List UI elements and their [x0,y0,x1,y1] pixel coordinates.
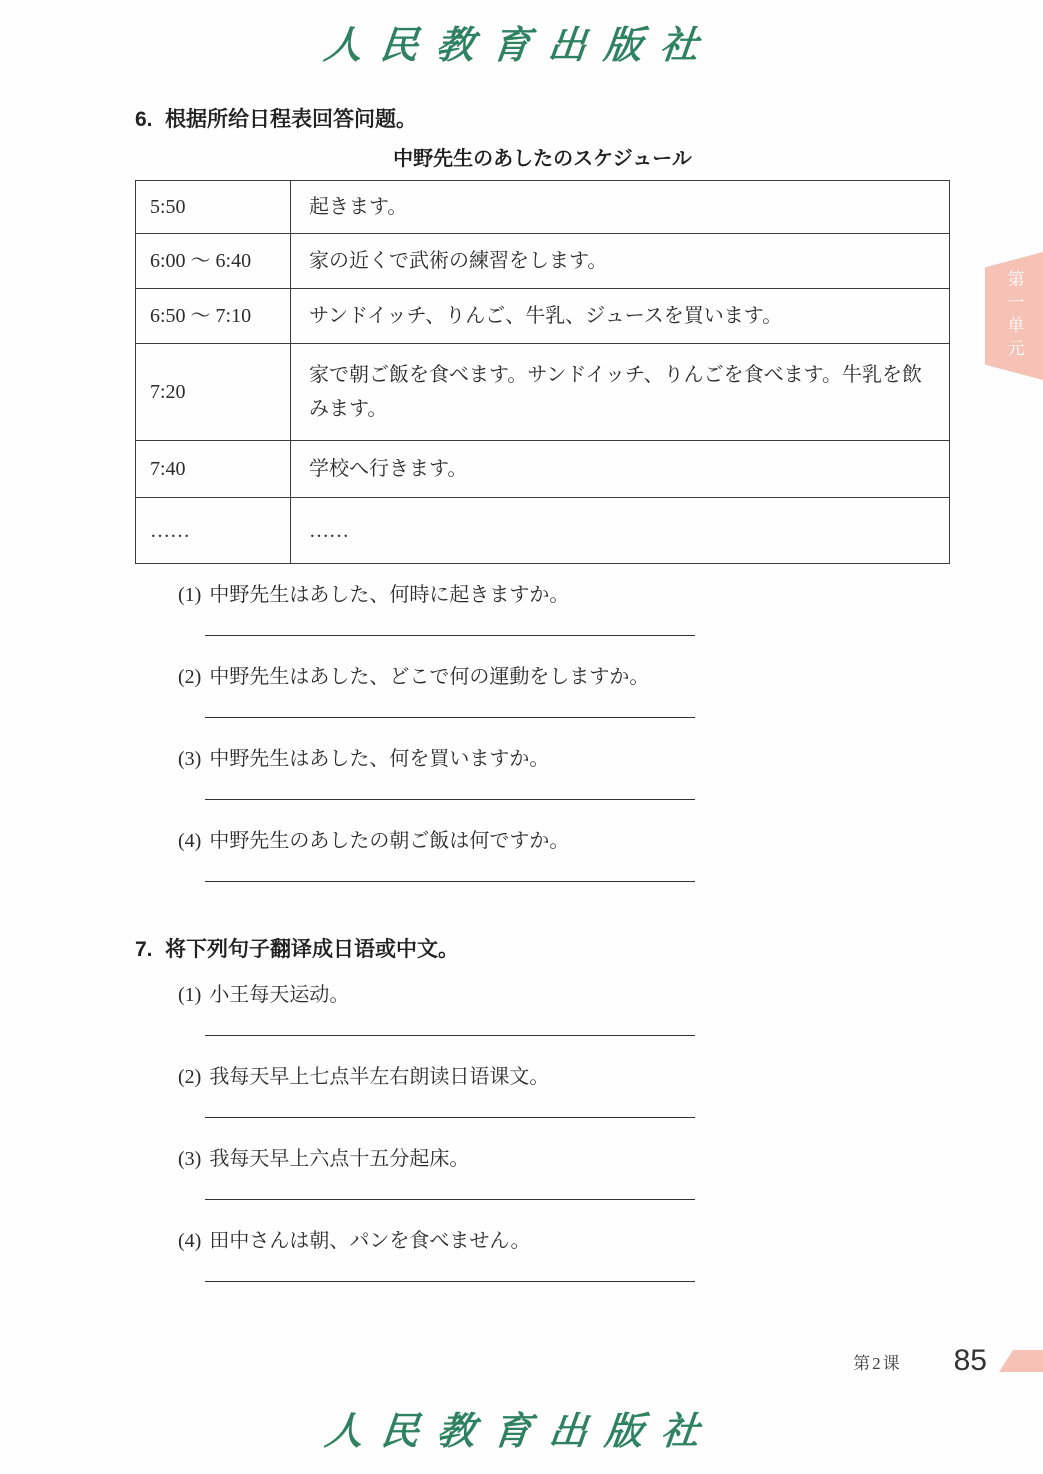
question-label: (2) [178,1066,201,1088]
question-label: (1) [178,584,201,606]
section6-heading: 6. 根据所给日程表回答问题。 [135,106,950,134]
question-label: (3) [178,748,201,770]
question-text: 田中さんは朝、パンを食べません。 [209,1230,530,1252]
answer-blank-line [205,1117,695,1118]
section7-questions: (1)小王每天运动。 (2)我每天早上七点半左右朗读日语课文。 (3)我每天早上… [135,980,950,1282]
question-label: (1) [178,984,201,1006]
question-text: 中野先生のあしたの朝ご飯は何ですか。 [209,830,569,852]
answer-blank-line [205,1199,695,1200]
schedule-table-caption: 中野先生のあしたのスケジュール [135,146,950,172]
schedule-table: 5:50 起きます。 6:00 ～ 6:40 家の近くで武術の練習をします。 6… [135,180,950,564]
question-7-4: (4)田中さんは朝、パンを食べません。 [178,1226,950,1256]
schedule-time-cell: 7:40 [136,441,291,498]
question-label: (2) [178,666,201,688]
schedule-activity-cell: 家の近くで武術の練習をします。 [291,234,950,289]
question-text: 中野先生はあした、どこで何の運動をしますか。 [209,666,649,688]
schedule-time-cell: 6:00 ～ 6:40 [136,234,291,289]
schedule-activity-cell: 家で朝ご飯を食べます。サンドイッチ、りんごを食べます。牛乳を飲みます。 [291,344,950,441]
schedule-time-cell: 7:20 [136,344,291,441]
question-text: 中野先生はあした、何時に起きますか。 [209,584,569,606]
schedule-activity-cell: 起きます。 [291,181,950,234]
schedule-row: 6:50 ～ 7:10 サンドイッチ、りんご、牛乳、ジュースを買います。 [136,289,950,344]
question-6-4: (4)中野先生のあしたの朝ご飯は何ですか。 [178,826,950,856]
schedule-activity-cell: …… [291,498,950,564]
answer-blank-line [205,799,695,800]
page-corner-ribbon-icon [999,1350,1043,1372]
lesson-label: 第2课 [853,1349,902,1374]
question-text: 小王每天运动。 [209,984,349,1006]
page-footer: 第2课 85 [853,1344,1043,1378]
question-label: (4) [178,830,201,852]
answer-blank-line [205,881,695,882]
question-7-3: (3)我每天早上六点十五分起床。 [178,1144,950,1174]
schedule-activity-cell: サンドイッチ、りんご、牛乳、ジュースを買います。 [291,289,950,344]
section7-heading: 7. 将下列句子翻译成日语或中文。 [135,936,950,964]
section6-questions: (1)中野先生はあした、何時に起きますか。 (2)中野先生はあした、どこで何の運… [135,580,950,882]
question-6-2: (2)中野先生はあした、どこで何の運動をしますか。 [178,662,950,692]
schedule-row: 6:00 ～ 6:40 家の近くで武術の練習をします。 [136,234,950,289]
schedule-row: …… …… [136,498,950,564]
schedule-time-cell: 6:50 ～ 7:10 [136,289,291,344]
unit-tab-label: 第一单元 [1002,270,1027,362]
question-6-3: (3)中野先生はあした、何を買いますか。 [178,744,950,774]
question-7-2: (2)我每天早上七点半左右朗读日语课文。 [178,1062,950,1092]
schedule-row: 7:20 家で朝ご飯を食べます。サンドイッチ、りんごを食べます。牛乳を飲みます。 [136,344,950,441]
schedule-time-cell: …… [136,498,291,564]
textbook-page: 人民教育出版社 第一单元 6. 根据所给日程表回答问题。 中野先生のあしたのスケ… [0,0,1043,1474]
question-7-1: (1)小王每天运动。 [178,980,950,1010]
answer-blank-line [205,635,695,636]
question-text: 中野先生はあした、何を買いますか。 [209,748,549,770]
section6-title: 根据所给日程表回答问题。 [165,106,417,134]
page-number: 85 [954,1344,987,1378]
schedule-row: 7:40 学校へ行きます。 [136,441,950,498]
section7-title: 将下列句子翻译成日语或中文。 [165,936,459,964]
answer-blank-line [205,1035,695,1036]
answer-blank-line [205,717,695,718]
question-text: 我每天早上六点十五分起床。 [209,1148,469,1170]
page-content: 6. 根据所给日程表回答问题。 中野先生のあしたのスケジュール 5:50 起きま… [135,106,950,1282]
question-label: (3) [178,1148,201,1170]
question-label: (4) [178,1230,201,1252]
question-6-1: (1)中野先生はあした、何時に起きますか。 [178,580,950,610]
unit-tab: 第一单元 [985,252,1043,380]
section6-number: 6. [135,106,165,134]
schedule-time-cell: 5:50 [136,181,291,234]
question-text: 我每天早上七点半左右朗读日语课文。 [209,1066,549,1088]
schedule-row: 5:50 起きます。 [136,181,950,234]
publisher-logo-bottom: 人民教育出版社 [0,1400,1043,1455]
publisher-logo-top: 人民教育出版社 [0,0,1043,66]
section7-number: 7. [135,936,165,964]
answer-blank-line [205,1281,695,1282]
schedule-activity-cell: 学校へ行きます。 [291,441,950,498]
